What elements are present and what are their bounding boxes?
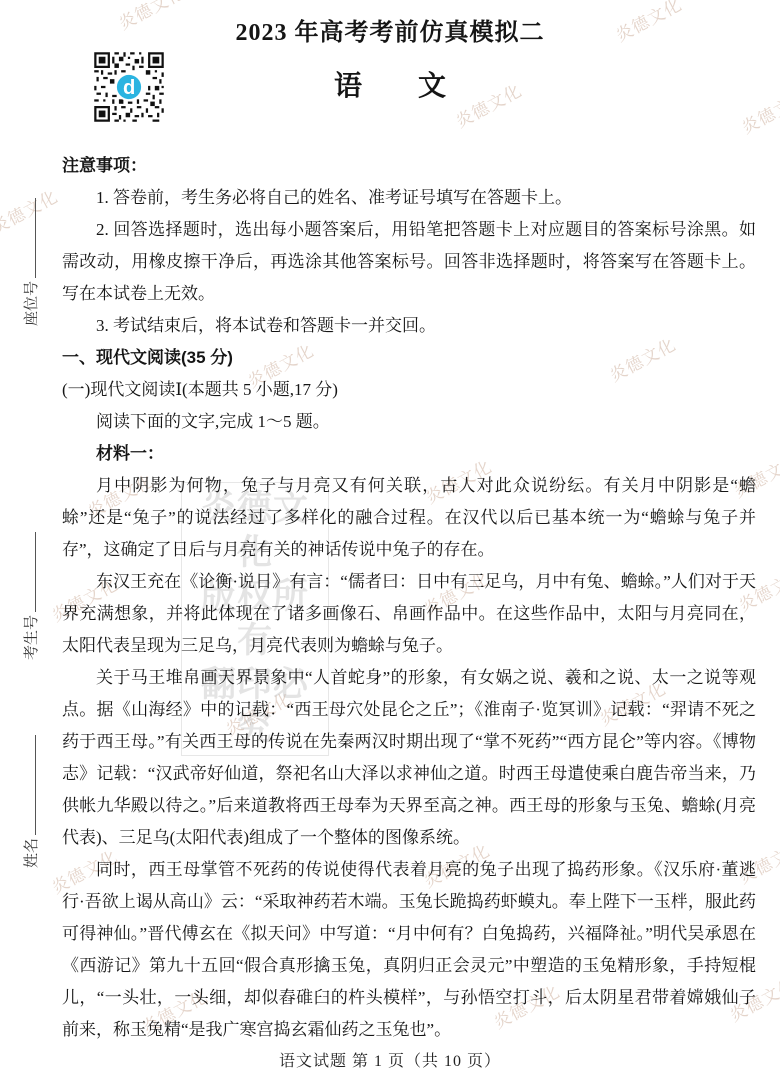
candidate-number-text: 考生号 <box>24 615 40 660</box>
passage-paragraph: 关于马王堆帛画天界景象中“人首蛇身”的形象，有女娲之说、羲和之说、太一之说等观点… <box>62 662 756 854</box>
notice-item: 3. 考试结束后，将本试卷和答题卡一并交回。 <box>62 310 756 342</box>
section-subheading: (一)现代文阅读Ⅰ(本题共 5 小题,17 分) <box>62 374 756 406</box>
material-label: 材料一： <box>62 438 756 470</box>
name-blank-line <box>33 735 36 835</box>
seat-number-text: 座位号 <box>24 281 40 326</box>
notice-item: 1. 答卷前，考生务必将自己的姓名、准考证号填写在答题卡上。 <box>62 182 756 214</box>
name-text: 姓名 <box>24 838 40 868</box>
section-instruction: 阅读下面的文字,完成 1～5 题。 <box>62 406 756 438</box>
exam-content: 注意事项： 1. 答卷前，考生务必将自己的姓名、准考证号填写在答题卡上。 2. … <box>62 150 756 1046</box>
seat-number-blank-line <box>33 198 36 278</box>
passage-paragraph: 月中阴影为何物，兔子与月亮又有何关联，古人对此众说纷纭。有关月中阴影是“蟾蜍”还… <box>62 470 756 566</box>
notice-item: 2. 回答选择题时，选出每小题答案后，用铅笔把答题卡上对应题目的答案标号涂黑。如… <box>62 214 756 310</box>
passage-paragraph: 同时，西王母掌管不死药的传说使得代表着月亮的兔子出现了捣药形象。《汉乐府·董逃行… <box>62 854 756 1046</box>
candidate-number-blank-line <box>33 532 36 612</box>
candidate-number-label: 考生号 <box>20 532 41 660</box>
notice-heading: 注意事项： <box>62 150 756 182</box>
name-label: 姓名 <box>20 735 41 868</box>
exam-title: 2023 年高考考前仿真模拟二 <box>0 12 780 47</box>
section-heading: 一、现代文阅读(35 分) <box>62 342 756 374</box>
passage-paragraph: 东汉王充在《论衡·说日》有言：“儒者曰：日中有三足乌，月中有兔、蟾蜍。”人们对于… <box>62 566 756 662</box>
seat-number-label: 座位号 <box>20 198 41 326</box>
page-footer: 语文试题 第 1 页（共 10 页） <box>0 1048 780 1071</box>
subject-title: 语 文 <box>0 64 780 104</box>
exam-paper-page: 炎德文化 炎德文化 炎德文化 炎德文化 炎德文化 炎德文化 炎德文化 炎德文化 … <box>0 0 780 1088</box>
